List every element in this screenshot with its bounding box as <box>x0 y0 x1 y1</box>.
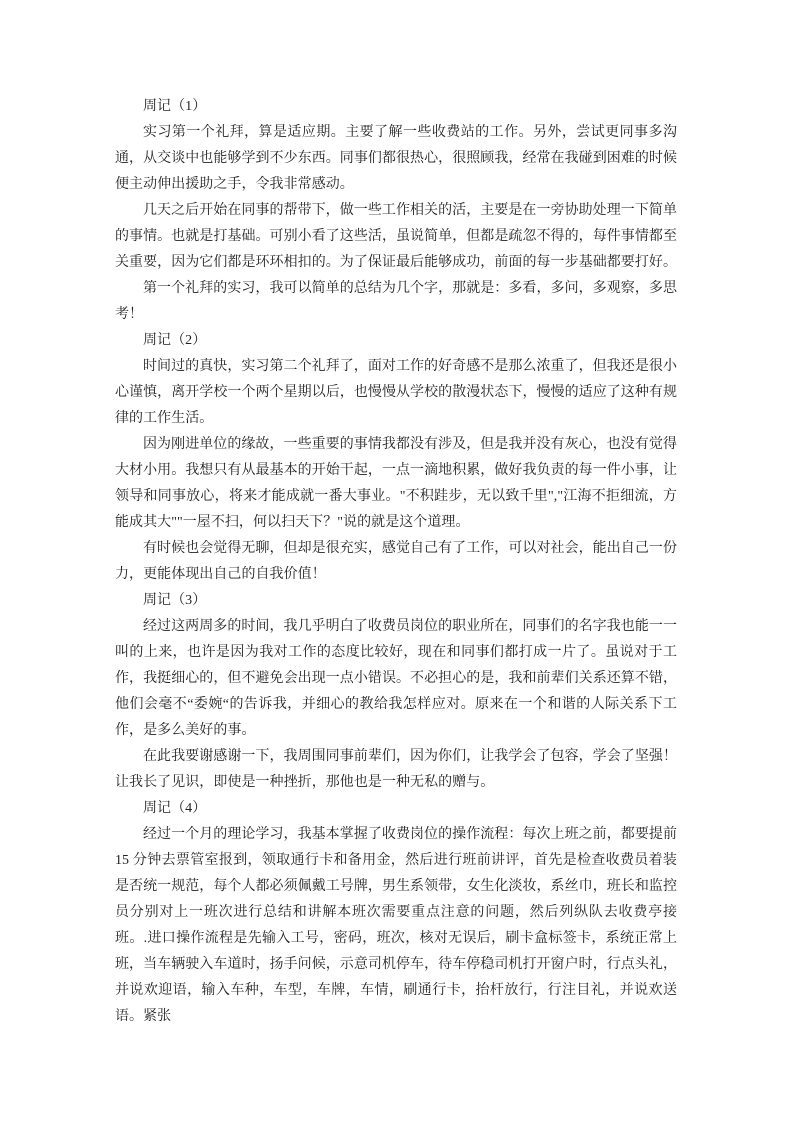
section-heading: 周记（1） <box>115 94 677 120</box>
paragraph: 经过一个月的理论学习，我基本掌握了收费岗位的操作流程：每次上班之前，都要提前 1… <box>115 822 677 1030</box>
section-heading: 周记（2） <box>115 328 677 354</box>
paragraph: 在此我要谢感谢一下，我周围同事前辈们，因为你们，让我学会了包容，学会了坚强！让我… <box>115 744 677 796</box>
document-page: 周记（1）实习第一个礼拜，算是适应期。主要了解一些收费站的工作。另外，尝试更同事… <box>0 0 793 1122</box>
paragraph: 因为刚进单位的缘故，一些重要的事情我都没有涉及，但是我并没有灰心，也没有觉得大材… <box>115 432 677 536</box>
paragraph: 有时候也会觉得无聊，但却是很充实，感觉自己有了工作，可以对社会，能出自己一份力，… <box>115 536 677 588</box>
paragraph: 时间过的真快，实习第二个礼拜了，面对工作的好奇感不是那么浓重了，但我还是很小心谨… <box>115 354 677 432</box>
section-heading: 周记（3） <box>115 588 677 614</box>
paragraph: 几天之后开始在同事的帮带下，做一些工作相关的活，主要是在一旁协助处理一下简单的事… <box>115 198 677 276</box>
section-heading: 周记（4） <box>115 796 677 822</box>
paragraph: 第一个礼拜的实习，我可以简单的总结为几个字，那就是：多看，多问，多观察，多思考！ <box>115 276 677 328</box>
paragraph: 经过这两周多的时间，我几乎明白了收费员岗位的职业所在，同事们的名字我也能一一叫的… <box>115 614 677 744</box>
document-body: 周记（1）实习第一个礼拜，算是适应期。主要了解一些收费站的工作。另外，尝试更同事… <box>115 94 677 1030</box>
paragraph: 实习第一个礼拜，算是适应期。主要了解一些收费站的工作。另外，尝试更同事多沟通，从… <box>115 120 677 198</box>
